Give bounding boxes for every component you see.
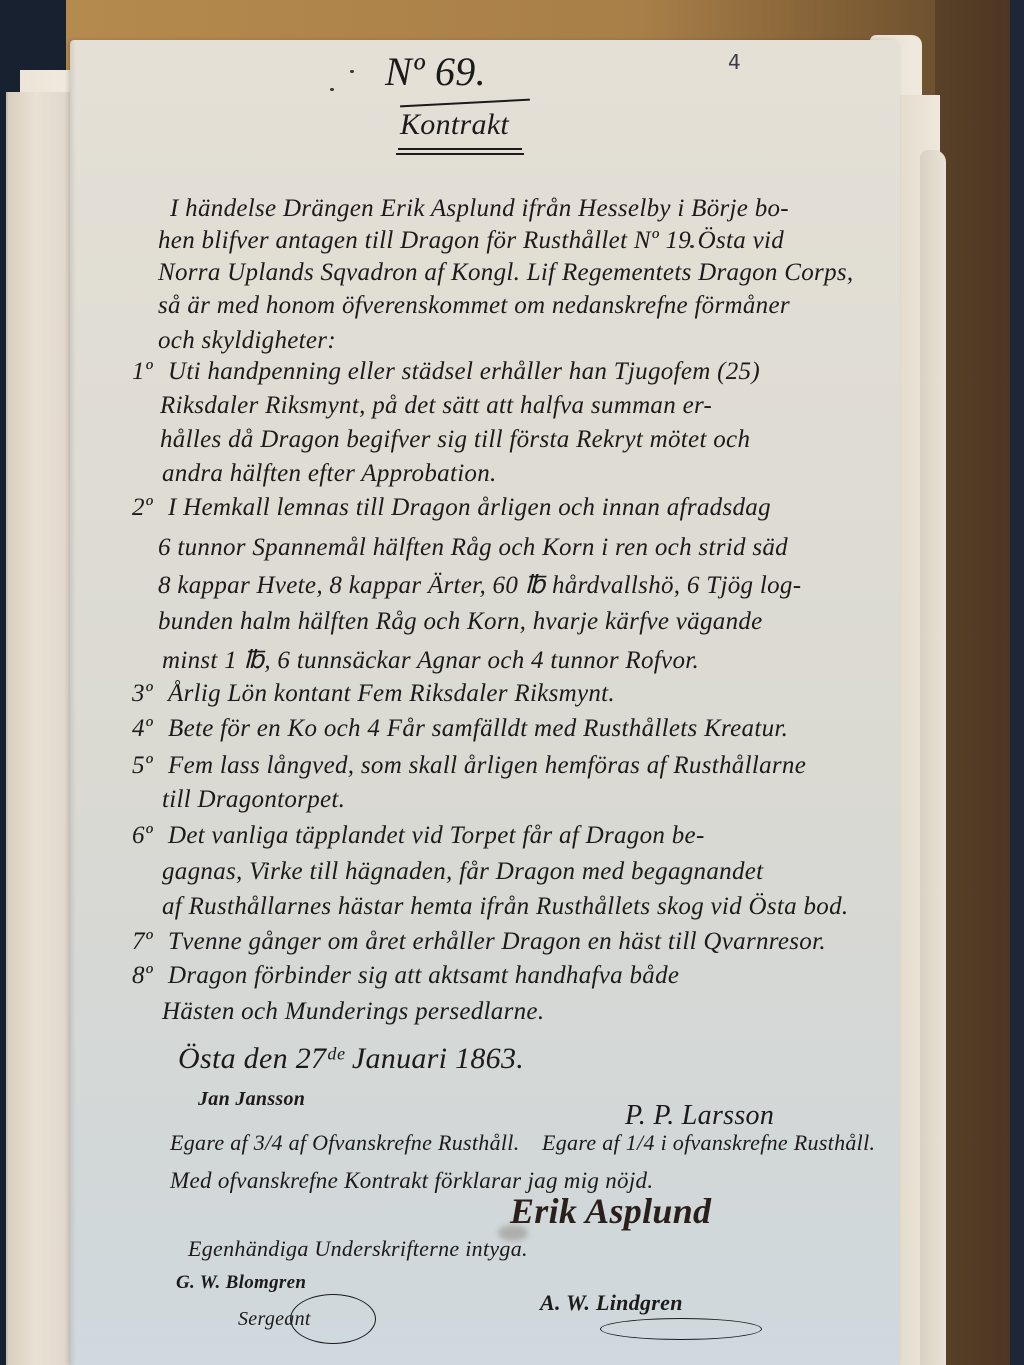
- pencil-page-number: 4: [728, 50, 741, 74]
- clause-line: minst 1 ℔, 6 tunnsäckar Agnar och 4 tunn…: [162, 645, 699, 675]
- intro-line: I händelse Drängen Erik Asplund ifrån He…: [170, 195, 789, 223]
- clause-number: 7º: [132, 928, 153, 956]
- owner1-role: Egare af 3/4 af Ofvanskrefne Rusthåll.: [170, 1130, 520, 1156]
- intro-line: så är med honom öfverenskommet om nedans…: [158, 292, 790, 320]
- clause-line: Fem lass långved, som skall årligen hemf…: [168, 752, 806, 780]
- back-page-left: [6, 92, 78, 1365]
- clause-number: 4º: [132, 715, 153, 743]
- clause-line: bunden halm hälften Råg och Korn, hvarje…: [158, 608, 763, 636]
- clause-line: till Dragontorpet.: [162, 786, 345, 814]
- intro-line: hen blifver antagen till Dragon för Rust…: [158, 227, 784, 255]
- clause-line: Bete för en Ko och 4 Får samfälldt med R…: [168, 715, 788, 743]
- date-line: Östa den 27ᵈᵉ Januari 1863.: [178, 1042, 524, 1076]
- clause-number: 5º: [132, 752, 153, 780]
- number-underline: [400, 99, 530, 108]
- back-page-right-3: [920, 150, 946, 1365]
- clause-line: Uti handpenning eller städsel erhåller h…: [168, 358, 760, 386]
- clause-number: 2º: [132, 494, 153, 522]
- clause-line: Dragon förbinder sig att aktsamt handhaf…: [168, 962, 679, 990]
- clause-line: gagnas, Virke till hägnaden, får Dragon …: [162, 858, 763, 886]
- clause-number: 8º: [132, 962, 153, 990]
- contract-number: Nº 69.: [385, 48, 486, 95]
- title-underline: [398, 148, 522, 150]
- page-edge-shadow: [70, 40, 76, 1365]
- clause-line: 8 kappar Hvete, 8 kappar Ärter, 60 ℔ hår…: [158, 570, 801, 600]
- clause-line: hålles då Dragon begifver sig till först…: [160, 426, 750, 454]
- signature-flourish: [600, 1318, 762, 1340]
- clause-line: Det vanliga täpplandet vid Torpet får af…: [168, 822, 705, 850]
- clause-number: 3º: [132, 680, 153, 708]
- witness2-signature: A. W. Lindgren: [540, 1290, 683, 1316]
- clause-line: andra hälften efter Approbation.: [162, 460, 497, 488]
- owner2-signature: P. P. Larsson: [625, 1100, 774, 1132]
- title-underline-2: [396, 153, 524, 155]
- clause-line: af Rusthållarnes hästar hemta ifrån Rust…: [162, 893, 848, 921]
- clause-number: 6º: [132, 822, 153, 850]
- owner2-role: Egare af 1/4 i ofvanskrefne Rusthåll.: [542, 1130, 875, 1156]
- clause-line: 6 tunnor Spannemål hälften Råg och Korn …: [158, 534, 788, 562]
- clause-line: I Hemkall lemnas till Dragon årligen och…: [168, 494, 771, 522]
- paper-speck: [330, 88, 334, 91]
- clause-line: Riksdaler Riksmynt, på det sätt att half…: [160, 392, 712, 420]
- dragoon-signature: Erik Asplund: [510, 1190, 711, 1232]
- intro-line: och skyldigheter:: [158, 327, 336, 355]
- paper-speck: [690, 245, 694, 248]
- folder-edge: [1010, 0, 1024, 1365]
- witness-line: Egenhändiga Underskrifterne intyga.: [188, 1236, 528, 1262]
- intro-line: Norra Uplands Sqvadron af Kongl. Lif Reg…: [158, 259, 853, 287]
- owner1-signature: Jan Jansson: [198, 1088, 305, 1111]
- clause-number: 1º: [132, 358, 153, 386]
- witness1-signature: G. W. Blomgren: [176, 1272, 306, 1294]
- page-title: Kontrakt: [400, 108, 509, 142]
- clause-line: Årlig Lön kontant Fem Riksdaler Riksmynt…: [168, 680, 615, 708]
- clause-line: Tvenne gånger om året erhåller Dragon en…: [168, 928, 826, 956]
- paper-speck: [350, 70, 354, 73]
- signature-flourish: [290, 1294, 376, 1344]
- contract-page: Nº 69. 4 Kontrakt I händelse Drängen Eri…: [70, 40, 900, 1365]
- clause-line: Hästen och Munderings persedlarne.: [162, 998, 544, 1026]
